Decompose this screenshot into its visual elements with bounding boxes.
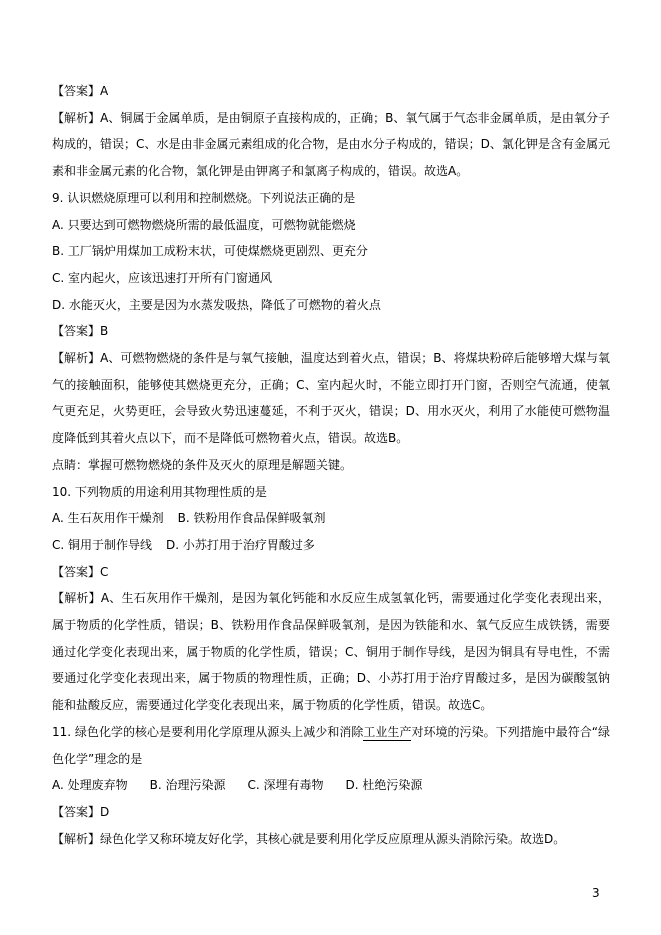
q10-analysis-paragraph: 【解析】A、生石灰用作干燥剂，是因为氧化钙能和水反应生成氢氧化钙，需要通过化学变… bbox=[52, 585, 610, 719]
prev-analysis-paragraph: 【解析】A、铜属于金属单质，是由铜原子直接构成的，正确；B、氧气属于气态非金属单… bbox=[52, 105, 610, 185]
q11-option-c: C. 深埋有毒物 bbox=[248, 778, 324, 792]
q10-option-b: B. 铁粉用作食品保鲜吸氧剂 bbox=[178, 511, 326, 525]
q10-answer-value: C bbox=[100, 565, 108, 579]
q11-analysis-text: 绿色化学又称环境友好化学，其核心就是要利用化学反应原理从源头消除污染。故选D。 bbox=[100, 832, 565, 846]
q9-analysis-paragraph: 【解析】A、可燃物燃烧的条件是与氧气接触，温度达到着火点，错误；B、将煤块粉碎后… bbox=[52, 345, 610, 452]
q11-option-a: A. 处理废弃物 bbox=[52, 778, 128, 792]
q11-stem: 11. 绿色化学的核心是要利用化学原理从源头上减少和消除工业生产对环境的污染。下… bbox=[52, 719, 610, 772]
analysis-label: 【解析】 bbox=[52, 832, 100, 846]
q9-option-a: A. 只要达到可燃物燃烧所需的最低温度，可燃物就能燃烧 bbox=[52, 212, 610, 239]
q9-option-b: B. 工厂锅炉用煤加工成粉末状，可使煤燃烧更剧烈、更充分 bbox=[52, 238, 610, 265]
q10-stem: 10. 下列物质的用途利用其物理性质的是 bbox=[52, 479, 610, 506]
answer-label: 【答案】 bbox=[52, 805, 100, 819]
q10-options-row-cd: C. 铜用于制作导线D. 小苏打用于治疗胃酸过多 bbox=[52, 532, 610, 559]
q11-stem-text-1: 11. 绿色化学的核心是要利用化学原理从源头上减少和消除 bbox=[52, 725, 363, 739]
q11-option-d: D. 杜绝污染源 bbox=[346, 778, 423, 792]
q11-analysis-paragraph: 【解析】绿色化学又称环境友好化学，其核心就是要利用化学反应原理从源头消除污染。故… bbox=[52, 826, 610, 853]
analysis-label: 【解析】 bbox=[52, 591, 101, 605]
exam-page-content: 【答案】A 【解析】A、铜属于金属单质，是由铜原子直接构成的，正确；B、氧气属于… bbox=[52, 78, 610, 852]
q11-answer-line: 【答案】D bbox=[52, 799, 610, 826]
prev-answer-line: 【答案】A bbox=[52, 78, 610, 105]
prev-answer-value: A bbox=[100, 84, 108, 98]
answer-label: 【答案】 bbox=[52, 324, 100, 338]
page-number: 3 bbox=[592, 884, 600, 902]
q9-answer-line: 【答案】B bbox=[52, 318, 610, 345]
q10-options-row-ab: A. 生石灰用作干燥剂B. 铁粉用作食品保鲜吸氧剂 bbox=[52, 505, 610, 532]
q11-answer-value: D bbox=[100, 805, 109, 819]
q10-option-c: C. 铜用于制作导线 bbox=[52, 538, 152, 552]
q11-options-row: A. 处理废弃物B. 治理污染源C. 深埋有毒物D. 杜绝污染源 bbox=[52, 772, 610, 799]
q11-option-b: B. 治理污染源 bbox=[150, 778, 226, 792]
q9-option-c: C. 室内起火，应该迅速打开所有门窗通风 bbox=[52, 265, 610, 292]
q11-underlined-phrase: 工业生产 bbox=[363, 725, 411, 741]
analysis-label: 【解析】 bbox=[52, 111, 100, 125]
q10-analysis-text: A、生石灰用作干燥剂，是因为氧化钙能和水反应生成氢氧化钙，需要通过化学变化表现出… bbox=[52, 591, 610, 712]
prev-analysis-text: A、铜属于金属单质，是由铜原子直接构成的，正确；B、氧气属于气态非金属单质，是由… bbox=[52, 111, 610, 178]
analysis-label: 【解析】 bbox=[52, 351, 100, 365]
q9-answer-value: B bbox=[100, 324, 108, 338]
q10-option-a: A. 生石灰用作干燥剂 bbox=[52, 511, 164, 525]
q9-option-d: D. 水能灭火，主要是因为水蒸发吸热，降低了可燃物的着火点 bbox=[52, 292, 610, 319]
q9-analysis-text: A、可燃物燃烧的条件是与氧气接触，温度达到着火点，错误；B、将煤块粉碎后能够增大… bbox=[52, 351, 610, 445]
answer-label: 【答案】 bbox=[52, 565, 100, 579]
answer-label: 【答案】 bbox=[52, 84, 100, 98]
q10-option-d: D. 小苏打用于治疗胃酸过多 bbox=[166, 538, 315, 552]
q9-stem: 9. 认识燃烧原理可以利用和控制燃烧。下列说法正确的是 bbox=[52, 185, 610, 212]
q10-answer-line: 【答案】C bbox=[52, 559, 610, 586]
q9-tip: 点睛：掌握可燃物燃烧的条件及灭火的原理是解题关键。 bbox=[52, 452, 610, 479]
